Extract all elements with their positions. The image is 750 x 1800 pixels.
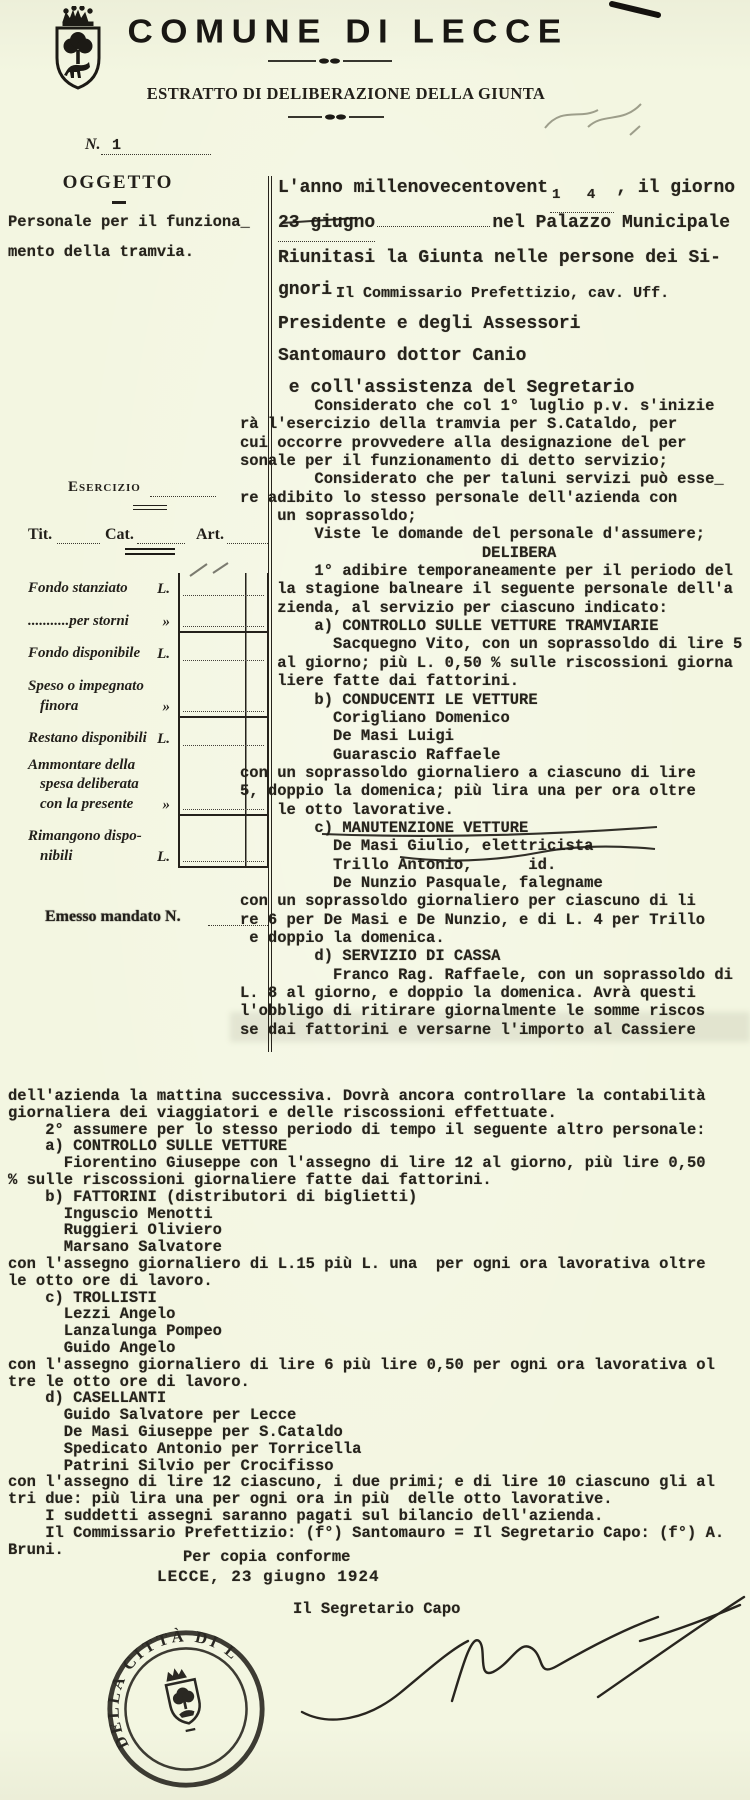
typed-line: Corigliano Domenico	[240, 709, 750, 727]
typed-line: Marsano Salvatore	[8, 1239, 748, 1256]
typed-line: mento della tramvia.	[8, 237, 250, 267]
fund-row: Speso o impegnato finora »	[28, 665, 268, 718]
typed-line: I suddetti assegni saranno pagati sul bi…	[8, 1508, 748, 1525]
typed-line: b) FATTORINI (distributori di biglietti)	[8, 1189, 748, 1206]
typed-line: liere fatte dai fattorini.	[240, 672, 750, 690]
typed-line: a) CONTROLLO SULLE VETTURE	[8, 1138, 748, 1155]
doc-number-label: N.	[85, 136, 101, 154]
convened-line: Riunitasi la Giunta nelle persone dei Si…	[270, 242, 748, 274]
typed-line: % sulle riscossioni giornaliere fatte da…	[8, 1172, 748, 1189]
fund-row-label-wrap: Ammontare della spesa deliberata con la …	[28, 750, 178, 816]
doc-number-value: 1	[112, 137, 121, 154]
fund-row-label: Restano disponibili	[28, 729, 147, 749]
typed-line: Ruggieri Oliviero	[8, 1222, 748, 1239]
fund-row-unit: »	[163, 614, 171, 631]
typed-line: Il Commissario Prefettizio: (f°) Santoma…	[8, 1525, 748, 1542]
fund-row: Fondo stanziato L.	[28, 573, 268, 600]
oggetto-text: Personale per il funziona_mento della tr…	[8, 207, 250, 267]
typed-line: con un soprassoldo giornaliero per ciasc…	[240, 892, 750, 910]
date-value: 23 giugno	[278, 207, 375, 241]
fund-row-label: ...........per storni	[28, 612, 129, 632]
fund-row-unit: L.	[157, 581, 170, 598]
typed-line: la stagione balneare il seguente persona…	[240, 580, 750, 598]
fund-row-label: Rimangono dispo- nibili	[28, 827, 142, 866]
typed-line: Franco Rag. Raffaele, con un soprassoldo…	[240, 966, 750, 984]
typed-line: d) CASELLANTI	[8, 1390, 748, 1407]
typed-line: cui occorre provvedere alla designazione…	[240, 434, 750, 452]
deed-opening: L'anno millenovecentovent1 4, il giorno …	[270, 172, 748, 405]
document-page: COMUNE DI LECCE ESTRATTO DI DELIBERAZION…	[0, 0, 750, 1800]
typed-line: 5, doppio la domenica; più lira una per …	[240, 782, 750, 800]
lecce-coat-of-arms-icon	[50, 6, 106, 108]
typed-line: Fiorentino Giuseppe con l'assegno di lir…	[8, 1155, 748, 1172]
presidente-line: Presidente e degli Assessori	[270, 308, 748, 340]
fund-row-label: Fondo disponibile	[28, 644, 140, 664]
fund-row-label-wrap: ...........per storni »	[28, 600, 178, 633]
typed-line: zienda, al servizio per ciascuno indicat…	[240, 599, 750, 617]
typed-line: dell'azienda la mattina successiva. Dovr…	[8, 1088, 748, 1105]
typed-line: Trillo Antonio, id.	[240, 856, 750, 874]
fund-row: Fondo disponibile L.	[28, 633, 268, 665]
typed-line: giornaliera dei viaggiatori e delle risc…	[8, 1105, 748, 1122]
typed-line: Viste le domande del personale d'assumer…	[240, 525, 750, 543]
typed-line: Guido Angelo	[8, 1340, 748, 1357]
oggetto-dash	[112, 201, 126, 204]
fund-row: Rimangono dispo- nibili L.	[28, 816, 268, 868]
fund-row-label-wrap: Rimangono dispo- nibili L.	[28, 816, 178, 868]
cat-ruled-line	[137, 530, 185, 544]
fund-row-label: Fondo stanziato	[28, 579, 128, 599]
divider-ornament	[288, 112, 384, 122]
typed-line: c) MANUTENZIONE VETTURE	[240, 819, 750, 837]
fund-row-label: Ammontare della spesa deliberata con la …	[28, 756, 139, 815]
oggetto-heading: OGGETTO	[0, 172, 236, 194]
typed-line: De Masi Giulio, elettricista	[240, 837, 750, 855]
stamp-crest-icon	[163, 1666, 205, 1733]
municipal-stamp: DELLA CITTÀ DI L	[88, 1611, 285, 1800]
typed-line: d) SERVIZIO DI CASSA	[240, 947, 750, 965]
typed-line: a) CONTROLLO SULLE VETTURE TRAMVIARIE	[240, 617, 750, 635]
cat-label: Cat.	[105, 526, 134, 544]
secretary-signature	[285, 1582, 750, 1792]
typed-line: con un soprassoldo giornaliero a ciascun…	[240, 764, 750, 782]
fund-row-label-wrap: Speso o impegnato finora »	[28, 665, 178, 718]
document-subtitle: ESTRATTO DI DELIBERAZIONE DELLA GIUNTA	[100, 84, 592, 104]
member-line: Santomauro dottor Canio	[270, 340, 748, 372]
typed-line: Bruni.	[8, 1542, 748, 1559]
typed-line: DELIBERA	[240, 544, 750, 562]
fund-row-unit: »	[163, 797, 171, 814]
typed-line: re 6 per De Masi e De Nunzio, e di L. 4 …	[240, 911, 750, 929]
fund-table: Fondo stanziato L. ...........per storni…	[28, 573, 268, 868]
year-line-post: , il giorno	[616, 178, 735, 198]
typed-line: rà l'esercizio della tramvia per S.Catal…	[240, 415, 750, 433]
typed-line: le otto ore di lavoro.	[8, 1273, 748, 1290]
typed-line: De Masi Giuseppe per S.Cataldo	[8, 1424, 748, 1441]
mandato-label: Emesso mandato N.	[45, 908, 181, 926]
divider-ornament	[268, 56, 392, 66]
fund-row-label: Speso o impegnato finora	[28, 677, 144, 716]
typed-line: Sacquegno Vito, con un soprassoldo di li…	[240, 635, 750, 653]
typed-line: L. 8 al giorno, e doppio la domenica. Av…	[240, 984, 750, 1002]
fund-row: Restano disponibili L.	[28, 718, 268, 750]
date-dotted-leader	[377, 212, 490, 227]
fund-row-unit: L.	[157, 731, 170, 748]
typed-line: un soprassoldo;	[240, 507, 750, 525]
deliberation-continuation: dell'azienda la mattina successiva. Dovr…	[8, 1088, 748, 1558]
typed-line: tri due: più lira una per ogni ora in pi…	[8, 1491, 748, 1508]
tit-label: Tit.	[28, 526, 52, 544]
commissario-insert: Il Commissario Prefettizio, cav. Uff.	[336, 285, 669, 302]
typed-line: Considerato che per taluni servizi può e…	[240, 470, 750, 488]
date-line: 23 giugno nel Palazzo Municipale	[270, 207, 730, 241]
typed-line: Lanzalunga Pompeo	[8, 1323, 748, 1340]
typed-line: Patrini Silvio per Crocifisso	[8, 1458, 748, 1475]
fund-row-label-wrap: Fondo stanziato L.	[28, 573, 178, 600]
fund-row-label-wrap: Fondo disponibile L.	[28, 633, 178, 665]
typed-line: 2° assumere per lo stesso periodo di tem…	[8, 1122, 748, 1139]
fund-row-unit: L.	[157, 646, 170, 663]
esercizio-ruled-line	[150, 483, 216, 497]
typed-line: al giorno; più L. 0,50 % sulle riscossio…	[240, 654, 750, 672]
fund-row-unit: »	[163, 699, 171, 716]
typed-line: Spedicato Antonio per Torricella	[8, 1441, 748, 1458]
typed-line: Inguscio Menotti	[8, 1206, 748, 1223]
typed-line: c) TROLLISTI	[8, 1290, 748, 1307]
page-title: COMUNE DI LECCE	[118, 13, 578, 51]
scan-shadow	[230, 1012, 750, 1042]
signori-pre: gnori	[278, 280, 332, 300]
fund-row: Ammontare della spesa deliberata con la …	[28, 750, 268, 816]
fund-row: ...........per storni »	[28, 600, 268, 633]
year-line: L'anno millenovecentovent1 4, il giorno	[270, 172, 748, 207]
deliberation-body: Considerato che col 1° luglio p.v. s'ini…	[240, 397, 750, 1039]
fund-row-label-wrap: Restano disponibili L.	[28, 718, 178, 750]
thick-double-rule	[125, 548, 175, 555]
typed-line: Personale per il funziona_	[8, 207, 250, 237]
typed-line: Lezzi Angelo	[8, 1306, 748, 1323]
typed-line: e doppio la domenica.	[240, 929, 750, 947]
typed-line: tre le otto ore di lavoro.	[8, 1374, 748, 1391]
typed-line: De Masi Luigi	[240, 727, 750, 745]
typed-line: 1° adibire temporaneamente per il period…	[240, 562, 750, 580]
typed-line: Guarascio Raffaele	[240, 746, 750, 764]
copy-conform-note: Per copia conforme	[183, 1548, 350, 1566]
typed-line: con l'assegno di lire 12 ciascuno, i due…	[8, 1474, 748, 1491]
double-rule	[133, 505, 167, 510]
tit-ruled-line	[57, 530, 100, 544]
typed-line: Considerato che col 1° luglio p.v. s'ini…	[240, 397, 750, 415]
year-handwritten-insert: 1 4	[550, 179, 614, 213]
typed-line: Guido Salvatore per Lecce	[8, 1407, 748, 1424]
fund-row-unit: L.	[157, 849, 170, 866]
typed-line: le otto lavorative.	[240, 801, 750, 819]
typed-line: re adibito lo stesso personale dell'azie…	[240, 489, 750, 507]
art-label: Art.	[196, 526, 224, 544]
typed-line: b) CONDUCENTI LE VETTURE	[240, 691, 750, 709]
signori-line: gnoriIl Commissario Prefettizio, cav. Uf…	[270, 274, 748, 307]
typed-line: De Nunzio Pasquale, falegname	[240, 874, 750, 892]
year-line-pre: L'anno millenovecentovent	[278, 178, 548, 198]
typed-line: sonale per il funzionamento di detto ser…	[240, 452, 750, 470]
esercizio-label: Esercizio	[68, 479, 141, 496]
typed-line: con l'assegno giornaliero di L.15 più L.…	[8, 1256, 748, 1273]
typed-line: con l'assegno giornaliero di lire 6 più …	[8, 1357, 748, 1374]
